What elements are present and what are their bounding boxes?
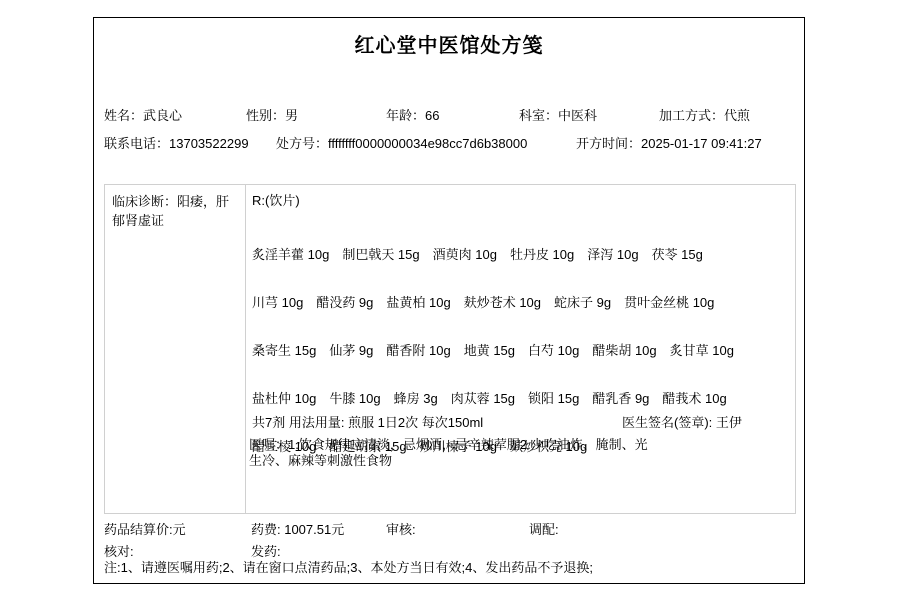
drug-item: 酒萸肉 10g	[433, 247, 497, 262]
drug-item: 醋没药 9g	[316, 295, 373, 310]
drug-item: 醋乳香 9g	[592, 391, 649, 406]
drug-item: 牛膝 10g	[329, 391, 380, 406]
patient-process-label: 加工方式：	[659, 108, 724, 123]
patient-process-field: 加工方式：代煎	[659, 108, 750, 123]
drug-item: 川芎 10g	[252, 295, 303, 310]
drug-row-4: 盐杜仲 10g牛膝 10g蜂房 3g肉苁蓉 15g锁阳 15g醋乳香 9g醋莪术…	[252, 391, 740, 406]
patient-age-field: 年龄：66	[386, 108, 439, 123]
drug-item: 仙茅 9g	[329, 343, 373, 358]
prescription-table: 临床诊断：阳痿，肝郁肾虚证 R:(饮片) 炙淫羊藿 10g制巴戟天 15g酒萸肉…	[104, 184, 796, 514]
rx-header: R:(饮片)	[252, 193, 300, 208]
rx-number-field: 处方号：ffffffff0000000034e98cc7d6b38000	[276, 136, 527, 151]
prescription-sheet: 红心堂中医馆处方笺 姓名：武良心 性别：男 年龄：66 科室：中医科 加工方式：…	[93, 17, 805, 584]
check-label: 核对:	[104, 544, 134, 559]
diagnosis-cell: 临床诊断：阳痿，肝郁肾虚证	[105, 185, 246, 513]
drug-row-3: 桑寄生 15g仙茅 9g醋香附 10g地黄 15g白芍 10g醋柴胡 10g炙甘…	[252, 343, 747, 358]
drug-item: 桑寄生 15g	[252, 343, 316, 358]
patient-name-value: 武良心	[143, 108, 182, 123]
review-label: 审核:	[386, 522, 416, 537]
rx-number-value: ffffffff0000000034e98cc7d6b38000	[328, 136, 527, 151]
drug-item: 盐杜仲 10g	[252, 391, 316, 406]
page-title: 红心堂中医馆处方笺	[94, 35, 804, 57]
drug-item: 蛇床子 9g	[554, 295, 611, 310]
usage-line: 共7剂 用法用量: 煎服 1日2次 每次150ml	[252, 415, 483, 430]
patient-dept-label: 科室：	[519, 108, 558, 123]
drug-item: 牡丹皮 10g	[510, 247, 574, 262]
rx-time-value: 2025-01-17 09:41:27	[641, 136, 762, 151]
rx-time-field: 开方时间：2025-01-17 09:41:27	[576, 136, 762, 151]
doctor-advice-line2: 生冷、麻辣等刺激性食物	[249, 453, 392, 468]
patient-name-field: 姓名：武良心	[104, 108, 182, 123]
prescription-page: 红心堂中医馆处方笺 姓名：武良心 性别：男 年龄：66 科室：中医科 加工方式：…	[0, 0, 900, 600]
drug-item: 醋柴胡 10g	[592, 343, 656, 358]
drug-item: 盐黄柏 10g	[386, 295, 450, 310]
settle-price-label: 药品结算价:元	[104, 522, 186, 537]
patient-phone-field: 联系电话：13703522299	[104, 136, 249, 151]
drug-item: 制巴戟天 15g	[342, 247, 419, 262]
patient-phone-label: 联系电话：	[104, 136, 169, 151]
patient-gender-label: 性别：	[246, 108, 285, 123]
footer-note: 注:1、请遵医嘱用药;2、请在窗口点清药品;3、本处方当日有效;4、发出药品不予…	[104, 560, 593, 575]
patient-gender-value: 男	[285, 108, 298, 123]
drug-item: 白芍 10g	[528, 343, 579, 358]
patient-age-value: 66	[425, 108, 439, 123]
drug-item: 麸炒苍术 10g	[464, 295, 541, 310]
drug-item: 贯叶金丝桃 10g	[624, 295, 714, 310]
drug-item: 茯苓 15g	[652, 247, 703, 262]
doctor-advice-line1: 医嘱：1.饮食规律应清淡，忌烟酒，忌辛辣荤腥2.少吃油炸、腌制、光	[249, 437, 648, 452]
drug-item: 醋香附 10g	[386, 343, 450, 358]
drug-item: 炙淫羊藿 10g	[252, 247, 329, 262]
drug-item: 炙甘草 10g	[670, 343, 734, 358]
patient-gender-field: 性别：男	[246, 108, 298, 123]
rx-number-label: 处方号：	[276, 136, 328, 151]
patient-age-label: 年龄：	[386, 108, 425, 123]
drug-item: 醋莪术 10g	[662, 391, 726, 406]
drug-item: 泽泻 10g	[587, 247, 638, 262]
diagnosis-text: 临床诊断：阳痿，肝郁肾虚证	[112, 192, 236, 230]
drug-item: 蜂房 3g	[394, 391, 438, 406]
drug-row-2: 川芎 10g醋没药 9g盐黄柏 10g麸炒苍术 10g蛇床子 9g贯叶金丝桃 1…	[252, 295, 727, 310]
rx-time-label: 开方时间：	[576, 136, 641, 151]
drug-item: 锁阳 15g	[528, 391, 579, 406]
patient-process-value: 代煎	[724, 108, 750, 123]
patient-dept-value: 中医科	[558, 108, 597, 123]
doctor-signature: 医生签名(签章): 王伊	[622, 415, 742, 430]
drug-item: 地黄 15g	[464, 343, 515, 358]
fee-label: 药费: 1007.51元	[251, 522, 344, 537]
patient-phone-value: 13703522299	[169, 136, 249, 151]
patient-name-label: 姓名：	[104, 108, 143, 123]
patient-dept-field: 科室：中医科	[519, 108, 597, 123]
dispense-label: 发药:	[251, 544, 281, 559]
prepare-label: 调配:	[529, 522, 559, 537]
drug-row-1: 炙淫羊藿 10g制巴戟天 15g酒萸肉 10g牡丹皮 10g泽泻 10g茯苓 1…	[252, 247, 716, 262]
drug-item: 肉苁蓉 15g	[451, 391, 515, 406]
